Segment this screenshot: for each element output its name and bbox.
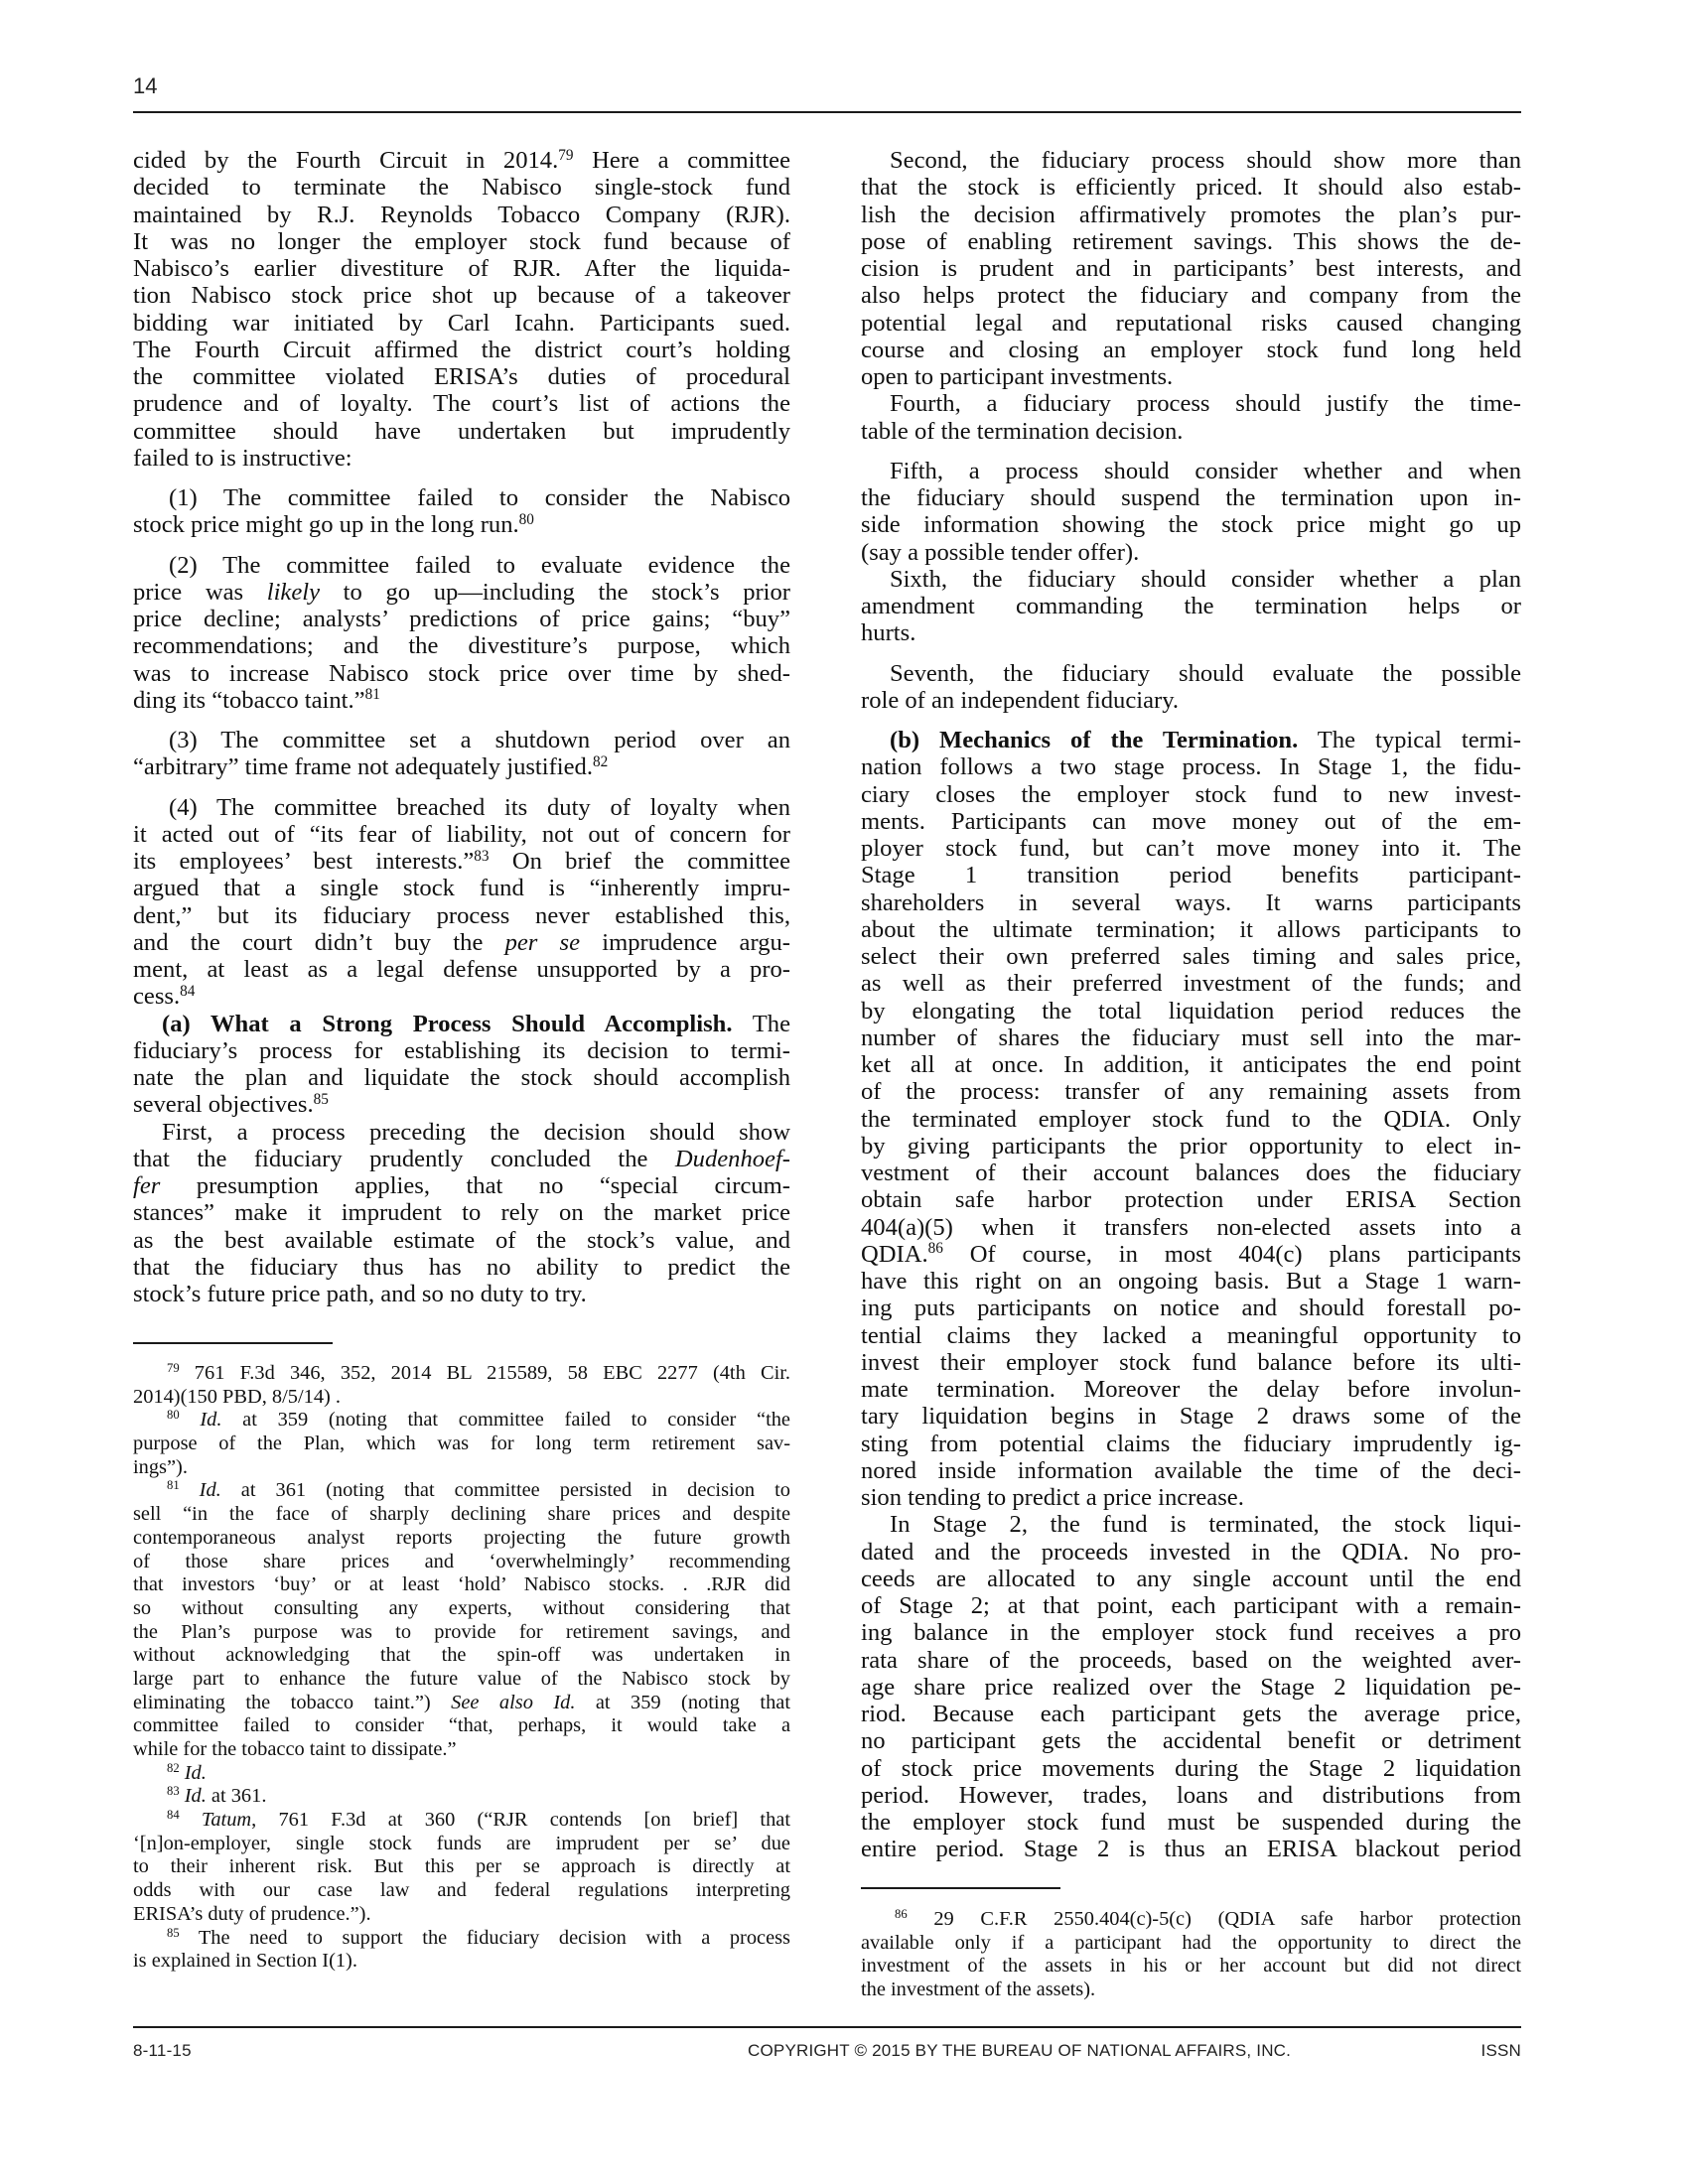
text-line: 80 Id. at 359 (noting that committee fai… (133, 1409, 790, 1433)
text-segment: no participant gets the accidental benef… (861, 1727, 1521, 1754)
footnote-84: 84 Tatum, 761 F.3d at 360 (“RJR contends… (133, 1809, 790, 1926)
text-segment: 2014)(150 PBD, 8/5/14) . (133, 1386, 341, 1408)
text-line: pose of enabling retirement savings. Thi… (861, 228, 1521, 255)
text-line: recommendations; and the divestiture’s p… (133, 632, 790, 659)
text-segment: Seventh, the fiduciary should evaluate t… (890, 660, 1521, 687)
text-segment: ‘[n]on-employer, single stock funds are … (133, 1833, 790, 1854)
text-line: stances” make it imprudent to rely on th… (133, 1199, 790, 1226)
text-line: 84 Tatum, 761 F.3d at 360 (“RJR contends… (133, 1809, 790, 1833)
footnote-reference: 80 (519, 511, 534, 528)
text-segment: about the ultimate termination; it allow… (861, 916, 1521, 943)
text-segment: Id. (185, 1785, 207, 1807)
text-segment: ceeds are allocated to any single accoun… (861, 1566, 1521, 1592)
text-line: vestment of their account balances does … (861, 1160, 1521, 1186)
text-segment: nored inside information available the t… (861, 1457, 1521, 1484)
text-line: of those share prices and ‘overwhelmingl… (133, 1551, 790, 1574)
text-line: its employees’ best interests.”83 On bri… (133, 848, 790, 875)
text-line: cess.84 (133, 983, 790, 1010)
text-line: ‘[n]on-employer, single stock funds are … (133, 1833, 790, 1856)
text-segment: of those share prices and ‘overwhelmingl… (133, 1551, 790, 1572)
text-segment: Here a committee (574, 147, 791, 174)
text-segment: imprudence argu- (580, 929, 790, 956)
text-segment (180, 1409, 201, 1431)
text-line: 82 Id. (133, 1762, 790, 1786)
text-line: the terminated employer stock fund to th… (861, 1106, 1521, 1133)
text-segment: fiduciary’s process for establishing its… (133, 1037, 790, 1064)
text-segment: the committee violated ERISA’s duties of… (133, 363, 790, 390)
text-line: that the stock is efficiently priced. It… (861, 174, 1521, 201)
text-segment: the employer stock fund must be suspende… (861, 1809, 1521, 1836)
footnote-86: 86 29 C.F.R 2550.404(c)-5(c) (QDIA safe … (861, 1908, 1521, 2002)
text-line: cision is prudent and in participants’ b… (861, 255, 1521, 282)
text-segment: Second, the fiduciary process should sho… (890, 147, 1521, 174)
text-line: it acted out of “its fear of liability, … (133, 821, 790, 848)
text-line: period. However, trades, loans and distr… (861, 1782, 1521, 1809)
text-line: 85 The need to support the fiduciary dec… (133, 1927, 790, 1951)
footer-date: 8-11-15 (133, 2041, 192, 2061)
footer-issn: ISSN (1481, 2041, 1521, 2061)
text-segment: Fifth, a process should consider whether… (890, 458, 1521, 484)
text-segment: ket all at once. In addition, it anticip… (861, 1051, 1521, 1078)
text-segment: mate termination. Moreover the delay bef… (861, 1376, 1521, 1403)
text-segment: role of an independent fiduciary. (861, 687, 1179, 714)
text-line: sion tending to predict a price increase… (861, 1484, 1521, 1511)
text-line: ding its “tobacco taint.”81 (133, 687, 790, 714)
text-segment: to go up—including the stock’s prior (320, 579, 790, 606)
footnote-separator-right (861, 1887, 1060, 1889)
text-line: is explained in Section I(1). (133, 1950, 790, 1974)
paragraph: First, a process preceding the decision … (133, 1119, 790, 1308)
text-segment: lish the decision affirmatively promotes… (861, 202, 1521, 228)
text-line: mate termination. Moreover the delay bef… (861, 1376, 1521, 1403)
text-segment: was to increase Nabisco stock price over… (133, 660, 790, 687)
text-line: 79 761 F.3d 346, 352, 2014 BL 215589, 58… (133, 1362, 790, 1386)
text-line: of Stage 2; at that point, each particip… (861, 1592, 1521, 1619)
text-segment: side information showing the stock price… (861, 511, 1521, 538)
text-segment: the terminated employer stock fund to th… (861, 1106, 1521, 1133)
text-line: table of the termination decision. (861, 418, 1521, 445)
text-segment: odds with our case law and federal regul… (133, 1879, 790, 1901)
text-line: The Fourth Circuit affirmed the district… (133, 337, 790, 363)
text-segment: cision is prudent and in participants’ b… (861, 255, 1521, 282)
text-segment: investment of the assets in his or her a… (861, 1955, 1521, 1977)
text-segment: argued that a single stock fund is “inhe… (133, 875, 790, 901)
footer-rule (133, 2026, 1521, 2028)
text-segment: also helps protect the fiduciary and com… (861, 282, 1521, 309)
text-line: ing balance in the employer stock fund r… (861, 1619, 1521, 1646)
footnote-81: 81 Id. at 361 (noting that committee per… (133, 1479, 790, 1761)
text-segment: Id. (185, 1762, 207, 1784)
text-segment: Nabisco’s earlier divestiture of RJR. Af… (133, 255, 790, 282)
text-line: ments. Participants can move money out o… (861, 808, 1521, 835)
footnote-reference: 79 (558, 147, 573, 164)
text-line: fer presumption applies, that no “specia… (133, 1172, 790, 1199)
text-line: 86 29 C.F.R 2550.404(c)-5(c) (QDIA safe … (861, 1908, 1521, 1932)
text-segment: ments. Participants can move money out o… (861, 808, 1521, 835)
text-line: decided to terminate the Nabisco single-… (133, 174, 790, 201)
text-line: (a) What a Strong Process Should Accompl… (133, 1011, 790, 1037)
text-segment: riod. Because each participant gets the … (861, 1701, 1521, 1727)
text-line: was to increase Nabisco stock price over… (133, 660, 790, 687)
text-segment: open to participant investments. (861, 363, 1173, 390)
footnote-reference: 80 (167, 1408, 180, 1422)
text-segment: “arbitrary” time frame not adequately ju… (133, 753, 593, 780)
text-line: so without consulting any experts, witho… (133, 1597, 790, 1621)
text-line: riod. Because each participant gets the … (861, 1701, 1521, 1727)
footnote-reference: 84 (167, 1808, 180, 1822)
text-segment: bidding war initiated by Carl Icahn. Par… (133, 310, 790, 337)
text-segment: per se (505, 929, 580, 956)
text-line: (3) The committee set a shutdown period … (133, 727, 790, 753)
text-segment: likely (267, 579, 320, 606)
text-segment: dent,” but its fiduciary process never e… (133, 902, 790, 929)
text-segment: ings”). (133, 1456, 188, 1478)
text-segment: several objectives. (133, 1091, 314, 1118)
text-line: committee should have undertaken but imp… (133, 418, 790, 445)
text-line: tary liquidation begins in Stage 2 draws… (861, 1403, 1521, 1430)
text-line: role of an independent fiduciary. (861, 687, 1521, 714)
text-line: open to participant investments. (861, 363, 1521, 390)
text-segment: ing balance in the employer stock fund r… (861, 1619, 1521, 1646)
text-segment: shareholders in several ways. It warns p… (861, 889, 1521, 916)
footnote-79: 79 761 F.3d 346, 352, 2014 BL 215589, 58… (133, 1362, 790, 1409)
text-line: It was no longer the employer stock fund… (133, 228, 790, 255)
text-segment: of Stage 2; at that point, each particip… (861, 1592, 1521, 1619)
text-segment: select their own preferred sales timing … (861, 943, 1521, 970)
text-segment: recommendations; and the divestiture’s p… (133, 632, 790, 659)
text-line: purpose of the Plan, which was for long … (133, 1433, 790, 1456)
footnote-reference: 81 (365, 686, 380, 703)
text-line: ings”). (133, 1456, 790, 1480)
text-line: 83 Id. at 361. (133, 1785, 790, 1809)
text-line: 2014)(150 PBD, 8/5/14) . (133, 1386, 790, 1410)
text-segment: as well as their preferred investment of… (861, 970, 1521, 997)
text-segment: See also Id. (451, 1692, 575, 1713)
text-line: entire period. Stage 2 is thus an ERISA … (861, 1836, 1521, 1862)
text-segment: Sixth, the fiduciary should consider whe… (890, 566, 1521, 593)
text-segment: decided to terminate the Nabisco single-… (133, 174, 790, 201)
text-line: course and closing an employer stock fun… (861, 337, 1521, 363)
footnote-reference: 85 (167, 1926, 180, 1940)
text-line: that investors ‘buy’ or at least ‘hold’ … (133, 1573, 790, 1597)
text-segment: On brief the committee (490, 848, 790, 875)
text-line: that the fiduciary prudently concluded t… (133, 1146, 790, 1172)
text-segment: nate the plan and liquidate the stock sh… (133, 1064, 790, 1091)
text-line: 81 Id. at 361 (noting that committee per… (133, 1479, 790, 1503)
paragraph: (1) The committee failed to consider the… (133, 484, 790, 539)
text-segment: , 761 F.3d at 360 (“RJR contends [on bri… (251, 1809, 790, 1831)
text-segment: (say a possible tender offer). (861, 539, 1139, 566)
footnote-reference: 85 (314, 1091, 329, 1108)
text-segment: the fiduciary should suspend the termina… (861, 484, 1521, 511)
text-segment: potential legal and reputational risks c… (861, 310, 1521, 337)
text-segment: stock’s future price path, and so no dut… (133, 1281, 587, 1307)
text-line: available only if a participant had the … (861, 1932, 1521, 1956)
text-line: price was likely to go up—including the … (133, 579, 790, 606)
text-segment: ment, at least as a legal defense unsupp… (133, 956, 790, 983)
text-line: fiduciary’s process for establishing its… (133, 1037, 790, 1064)
text-segment: to their inherent risk. But this per se … (133, 1855, 790, 1877)
text-segment: vestment of their account balances does … (861, 1160, 1521, 1186)
text-segment: at 361 (noting that committee persisted … (221, 1479, 790, 1501)
text-line: committee failed to consider “that, perh… (133, 1714, 790, 1738)
text-segment: ciary closes the employer stock fund to … (861, 781, 1521, 808)
text-line: sell “in the face of sharply declining s… (133, 1503, 790, 1527)
text-line: nation follows a two stage process. In S… (861, 753, 1521, 780)
footnote-80: 80 Id. at 359 (noting that committee fai… (133, 1409, 790, 1479)
text-segment: (b) Mechanics of the Termination. (890, 727, 1298, 753)
text-segment (180, 1809, 202, 1831)
text-segment: dated and the proceeds invested in the Q… (861, 1539, 1521, 1566)
text-line: large part to enhance the future value o… (133, 1668, 790, 1692)
text-line: ing puts participants on notice and shou… (861, 1295, 1521, 1321)
text-line: bidding war initiated by Carl Icahn. Par… (133, 310, 790, 337)
text-segment: QDIA. (861, 1241, 928, 1268)
text-segment: at 359 (noting that committee failed to … (221, 1409, 790, 1431)
footnote-reference: 83 (167, 1784, 180, 1798)
text-line: the investment of the assets). (861, 1979, 1521, 2002)
footnote-reference: 82 (167, 1761, 180, 1775)
paragraph: Fourth, a fiduciary process should justi… (861, 390, 1521, 445)
text-line: First, a process preceding the decision … (133, 1119, 790, 1146)
text-line: the employer stock fund must be suspende… (861, 1809, 1521, 1836)
text-line: about the ultimate termination; it allow… (861, 916, 1521, 943)
text-segment: at 359 (noting that (575, 1692, 790, 1713)
text-segment: number of shares the fiduciary must sell… (861, 1024, 1521, 1051)
text-line: odds with our case law and federal regul… (133, 1879, 790, 1903)
header-rule (133, 111, 1521, 113)
text-segment: tary liquidation begins in Stage 2 draws… (861, 1403, 1521, 1430)
text-segment: period. However, trades, loans and distr… (861, 1782, 1521, 1809)
text-segment: committee should have undertaken but imp… (133, 418, 790, 445)
footnote-reference: 82 (593, 753, 608, 770)
text-segment: 761 F.3d 346, 352, 2014 BL 215589, 58 EB… (180, 1362, 790, 1384)
text-line: have this right on an ongoing basis. But… (861, 1268, 1521, 1295)
text-segment: at 361. (207, 1785, 267, 1807)
text-segment: course and closing an employer stock fun… (861, 337, 1521, 363)
text-line: contemporaneous analyst reports projecti… (133, 1527, 790, 1551)
footnote-reference: 84 (180, 983, 195, 1000)
text-line: to their inherent risk. But this per se … (133, 1855, 790, 1879)
left-column: cided by the Fourth Circuit in 2014.79 H… (133, 147, 790, 1307)
text-line: of stock price movements during the Stag… (861, 1755, 1521, 1782)
text-line: (say a possible tender offer). (861, 539, 1521, 566)
text-segment: The typical termi- (1298, 727, 1521, 753)
text-line: Fifth, a process should consider whether… (861, 458, 1521, 484)
text-line: by giving participants the prior opportu… (861, 1133, 1521, 1160)
text-line: number of shares the fiduciary must sell… (861, 1024, 1521, 1051)
text-segment: It was no longer the employer stock fund… (133, 228, 790, 255)
text-line: of the process: transfer of any remainin… (861, 1078, 1521, 1105)
footnote-reference: 86 (895, 1907, 908, 1921)
footnote-reference: 81 (167, 1478, 180, 1492)
text-segment: Id. (200, 1479, 221, 1501)
text-line: by elongating the total liquidation peri… (861, 998, 1521, 1024)
text-line: failed to is instructive: (133, 445, 790, 472)
text-segment: (3) The committee set a shutdown period … (169, 727, 790, 753)
text-segment: ERISA’s duty of prudence.”). (133, 1903, 371, 1925)
text-segment: cided by the Fourth Circuit in 2014. (133, 147, 558, 174)
text-segment: (1) The committee failed to consider the… (169, 484, 790, 511)
text-segment: failed to is instructive: (133, 445, 352, 472)
text-segment: of the process: transfer of any remainin… (861, 1078, 1521, 1105)
text-segment: Fourth, a fiduciary process should justi… (890, 390, 1521, 417)
text-line: (1) The committee failed to consider the… (133, 484, 790, 511)
text-segment: entire period. Stage 2 is thus an ERISA … (861, 1836, 1521, 1862)
text-line: as well as their preferred investment of… (861, 970, 1521, 997)
text-segment: ing puts participants on notice and shou… (861, 1295, 1521, 1321)
text-line: prudence and of loyalty. The court’s lis… (133, 390, 790, 417)
text-line: without acknowledging that the spin-off … (133, 1644, 790, 1668)
text-segment: Tatum (202, 1809, 251, 1831)
text-segment: obtain safe harbor protection under ERIS… (861, 1186, 1521, 1213)
text-line: nate the plan and liquidate the stock sh… (133, 1064, 790, 1091)
text-line: the Plan’s purpose was to provide for re… (133, 1621, 790, 1645)
text-line: QDIA.86 Of course, in most 404(c) plans … (861, 1241, 1521, 1268)
text-segment: that the fiduciary prudently concluded t… (133, 1146, 675, 1172)
text-line: investment of the assets in his or her a… (861, 1955, 1521, 1979)
paragraph: (a) What a Strong Process Should Accompl… (133, 1011, 790, 1119)
text-line: price decline; analysts’ predictions of … (133, 606, 790, 632)
text-line: ceeds are allocated to any single accoun… (861, 1566, 1521, 1592)
text-segment: The Fourth Circuit affirmed the district… (133, 337, 790, 363)
text-segment: stock price might go up in the long run. (133, 511, 519, 538)
text-line: tential claims they lacked a meaningful … (861, 1322, 1521, 1349)
text-segment: invest their employer stock fund balance… (861, 1349, 1521, 1376)
text-line: ment, at least as a legal defense unsupp… (133, 956, 790, 983)
text-line: the fiduciary should suspend the termina… (861, 484, 1521, 511)
paragraph: Seventh, the fiduciary should evaluate t… (861, 660, 1521, 715)
text-line: “arbitrary” time frame not adequately ju… (133, 753, 790, 780)
text-line: potential legal and reputational risks c… (861, 310, 1521, 337)
text-line: Fourth, a fiduciary process should justi… (861, 390, 1521, 417)
text-line: sting from potential claims the fiduciar… (861, 1431, 1521, 1457)
text-segment: that the fiduciary thus has no ability t… (133, 1254, 790, 1281)
text-segment: (a) What a Strong Process Should Accompl… (162, 1011, 733, 1037)
text-line: several objectives.85 (133, 1091, 790, 1118)
text-segment: ding its “tobacco taint.” (133, 687, 365, 714)
text-line: dated and the proceeds invested in the Q… (861, 1539, 1521, 1566)
text-segment: hurts. (861, 619, 915, 646)
text-segment: price decline; analysts’ predictions of … (133, 606, 790, 632)
text-line: amendment commanding the termination hel… (861, 593, 1521, 619)
text-segment: Id. (200, 1409, 221, 1431)
text-segment: and the court didn’t buy the (133, 929, 505, 956)
paragraph: (b) Mechanics of the Termination. The ty… (861, 727, 1521, 1511)
paragraph: Fifth, a process should consider whether… (861, 458, 1521, 566)
text-line: cided by the Fourth Circuit in 2014.79 H… (133, 147, 790, 174)
text-line: (2) The committee failed to evaluate evi… (133, 552, 790, 579)
text-line: Stage 1 transition period benefits parti… (861, 862, 1521, 888)
text-line: eliminating the tobacco taint.”) See als… (133, 1692, 790, 1715)
text-segment: purpose of the Plan, which was for long … (133, 1433, 790, 1454)
footnotes-right: 86 29 C.F.R 2550.404(c)-5(c) (QDIA safe … (861, 1908, 1521, 2002)
text-segment: the Plan’s purpose was to provide for re… (133, 1621, 790, 1643)
text-line: invest their employer stock fund balance… (861, 1349, 1521, 1376)
text-segment: sting from potential claims the fiduciar… (861, 1431, 1521, 1457)
page-number: 14 (133, 73, 157, 99)
text-segment: tion Nabisco stock price shot up because… (133, 282, 790, 309)
text-segment: price was (133, 579, 267, 606)
text-line: In Stage 2, the fund is terminated, the … (861, 1511, 1521, 1538)
text-segment: maintained by R.J. Reynolds Tobacco Comp… (133, 202, 790, 228)
text-segment: ployer stock fund, but can’t move money … (861, 835, 1521, 862)
text-line: stock’s future price path, and so no dut… (133, 1281, 790, 1307)
text-line: dent,” but its fiduciary process never e… (133, 902, 790, 929)
text-line: also helps protect the fiduciary and com… (861, 282, 1521, 309)
text-line: as the best available estimate of the st… (133, 1227, 790, 1254)
text-segment: of stock price movements during the Stag… (861, 1755, 1521, 1782)
text-segment: so without consulting any experts, witho… (133, 1597, 790, 1619)
footnote-reference: 86 (928, 1240, 943, 1257)
text-segment: table of the termination decision. (861, 418, 1183, 445)
text-line: obtain safe harbor protection under ERIS… (861, 1186, 1521, 1213)
text-segment (180, 1479, 200, 1501)
text-segment: without acknowledging that the spin-off … (133, 1644, 790, 1666)
text-segment: have this right on an ongoing basis. But… (861, 1268, 1521, 1295)
paragraph: (4) The committee breached its duty of l… (133, 794, 790, 1011)
text-line: stock price might go up in the long run.… (133, 511, 790, 538)
text-segment: sion tending to predict a price increase… (861, 1484, 1244, 1511)
footnotes-left: 79 761 F.3d 346, 352, 2014 BL 215589, 58… (133, 1362, 790, 1974)
text-segment: stances” make it imprudent to rely on th… (133, 1199, 790, 1226)
text-segment: nation follows a two stage process. In S… (861, 753, 1521, 780)
text-line: rata share of the proceeds, based on the… (861, 1647, 1521, 1674)
text-line: lish the decision affirmatively promotes… (861, 202, 1521, 228)
text-segment: while for the tobacco taint to dissipate… (133, 1738, 457, 1760)
text-line: ket all at once. In addition, it anticip… (861, 1051, 1521, 1078)
text-line: Sixth, the fiduciary should consider whe… (861, 566, 1521, 593)
footer-copyright: COPYRIGHT © 2015 BY THE BUREAU OF NATION… (748, 2041, 1291, 2061)
footnote-83: 83 Id. at 361. (133, 1785, 790, 1809)
paragraph: (2) The committee failed to evaluate evi… (133, 552, 790, 715)
text-segment: Dudenhoef- (675, 1146, 790, 1172)
text-segment: as the best available estimate of the st… (133, 1227, 790, 1254)
text-segment: that the stock is efficiently priced. It… (861, 174, 1521, 201)
text-segment: available only if a participant had the … (861, 1932, 1521, 1954)
text-segment: 29 C.F.R 2550.404(c)-5(c) (QDIA safe har… (908, 1908, 1521, 1930)
text-line: ployer stock fund, but can’t move money … (861, 835, 1521, 862)
text-segment: that investors ‘buy’ or at least ‘hold’ … (133, 1573, 790, 1595)
text-line: and the court didn’t buy the per se impr… (133, 929, 790, 956)
text-segment: is explained in Section I(1). (133, 1950, 357, 1972)
text-line: select their own preferred sales timing … (861, 943, 1521, 970)
text-segment: rata share of the proceeds, based on the… (861, 1647, 1521, 1674)
text-segment: (4) The committee breached its duty of l… (169, 794, 790, 821)
text-line: age share price realized over the Stage … (861, 1674, 1521, 1701)
paragraph: Sixth, the fiduciary should consider whe… (861, 566, 1521, 647)
text-line: while for the tobacco taint to dissipate… (133, 1738, 790, 1762)
text-segment: amendment commanding the termination hel… (861, 593, 1521, 619)
text-line: that the fiduciary thus has no ability t… (133, 1254, 790, 1281)
text-line: ciary closes the employer stock fund to … (861, 781, 1521, 808)
text-segment: sell “in the face of sharply declining s… (133, 1503, 790, 1525)
text-segment: age share price realized over the Stage … (861, 1674, 1521, 1701)
text-segment: fer (133, 1172, 160, 1199)
text-line: nored inside information available the t… (861, 1457, 1521, 1484)
text-segment: the investment of the assets). (861, 1979, 1095, 2000)
text-segment: Stage 1 transition period benefits parti… (861, 862, 1521, 888)
text-segment: In Stage 2, the fund is terminated, the … (890, 1511, 1521, 1538)
right-column: Second, the fiduciary process should sho… (861, 147, 1521, 1863)
text-segment: tential claims they lacked a meaningful … (861, 1322, 1521, 1349)
text-segment: cess. (133, 983, 180, 1010)
text-line: Nabisco’s earlier divestiture of RJR. Af… (133, 255, 790, 282)
text-line: Seventh, the fiduciary should evaluate t… (861, 660, 1521, 687)
text-segment: 404(a)(5) when it transfers non-elected … (861, 1214, 1521, 1241)
text-line: Second, the fiduciary process should sho… (861, 147, 1521, 174)
text-segment: its employees’ best interests.” (133, 848, 474, 875)
